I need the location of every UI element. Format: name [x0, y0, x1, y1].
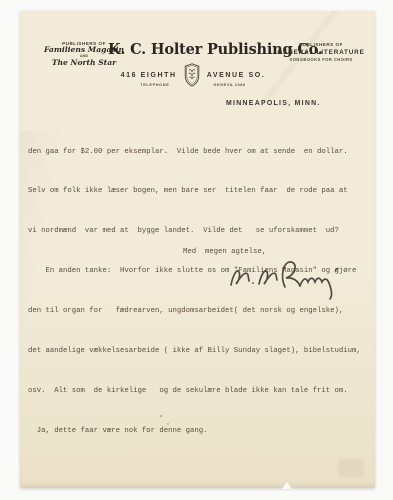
paper-tear-notch [282, 482, 292, 489]
typed-line: vi nordmænd var med at bygge landet. Vil… [28, 225, 372, 238]
handwritten-signature [223, 251, 343, 303]
city-line: MINNEAPOLIS, MINN. [226, 100, 321, 107]
typed-line: Ja, dette faar være nok for denne gang. [28, 425, 372, 438]
letter-paper: PUBLISHERS OF Familiens Magasin AND The … [20, 11, 375, 488]
telephone-row: TELEPHONE GENEVA 1080 [108, 82, 278, 87]
paper-speck [160, 415, 162, 417]
paper-speck [167, 423, 169, 425]
typed-line: den til organ for fædrearven, ungdomsarb… [28, 305, 372, 318]
typed-line: osv. Alt som de kirkelige og de sekulære… [28, 385, 372, 398]
letterhead-right-block: PUBLISHERS OF GENERAL LITERATURE SONGBOO… [265, 42, 377, 62]
telephone-label: TELEPHONE [140, 82, 169, 87]
songbooks-label: SONGBOOKS FOR CHOIRS [265, 57, 377, 62]
right-publishers-of-label: PUBLISHERS OF [265, 42, 377, 47]
scan-background: { "letterhead": { "left": { "publishers_… [0, 0, 393, 500]
general-literature-label: GENERAL LITERATURE [265, 49, 377, 56]
street-number: 416 EIGHTH [121, 72, 177, 79]
typed-line: Selv om folk ikke læser bogen, men bare … [28, 185, 372, 198]
faint-emboss-mark [338, 459, 364, 477]
telephone-number: GENEVA 1080 [213, 82, 245, 87]
street-name: AVENUE SO. [207, 72, 266, 79]
typed-line: det aandelige vækkelsesarbeide ( ikke af… [28, 345, 372, 358]
company-name: K. C. Holter Publishing Co. [108, 41, 278, 58]
typed-line: den gaa for $2.00 per eksemplar. Vilde b… [28, 146, 372, 159]
